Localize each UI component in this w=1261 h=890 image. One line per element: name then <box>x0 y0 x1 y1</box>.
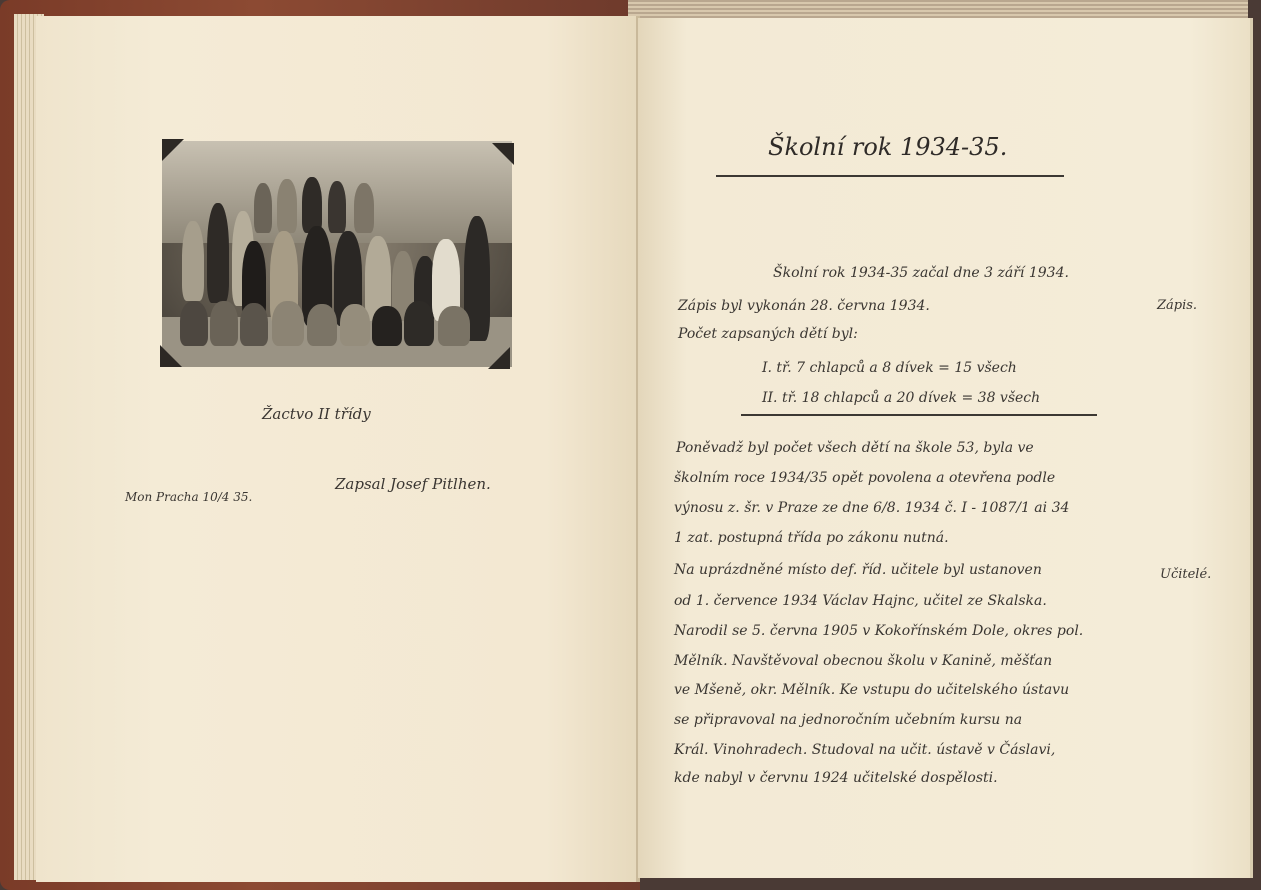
text-line: 1 zat. postupná třída po zákonu nutná. <box>674 530 949 546</box>
photo-corner-mount <box>488 347 510 369</box>
person <box>307 304 337 346</box>
photo-corner-mount <box>492 143 514 165</box>
class-photograph <box>162 141 512 367</box>
person <box>328 181 346 233</box>
text-line: Počet zapsaných dětí byl: <box>678 326 858 342</box>
title-underline <box>716 175 1064 177</box>
margin-note-ucitele: Učitelé. <box>1160 567 1211 582</box>
text-line: kde nabyl v červnu 1924 učitelské dospěl… <box>674 770 998 786</box>
text-line: od 1. července 1934 Václav Hajnc, učitel… <box>674 593 1047 609</box>
person <box>207 203 229 303</box>
person <box>302 177 322 233</box>
text-line: Poněvadž byl počet všech dětí na škole 5… <box>676 440 1034 456</box>
text-line: Školní rok 1934-35 začal dne 3 září 1934… <box>773 265 1069 281</box>
person <box>240 303 268 346</box>
text-line: Král. Vinohradech. Studoval na učit. úst… <box>674 742 1055 758</box>
text-line: Narodil se 5. června 1905 v Kokořínském … <box>674 623 1083 639</box>
enrollment-class-1: I. tř. 7 chlapců a 8 dívek = 15 všech <box>762 360 1017 376</box>
text-line: Mělník. Navštěvoval obecnou školu v Kani… <box>674 653 1052 669</box>
text-line: Na uprázdněné místo def. říd. učitele by… <box>674 562 1042 578</box>
text-line: ve Mšeně, okr. Mělník. Ke vstupu do učit… <box>674 682 1069 698</box>
photo-corner-mount <box>162 139 184 161</box>
page-title: Školní rok 1934-35. <box>768 133 1007 161</box>
person <box>404 301 434 346</box>
text-line: výnosu z. šr. v Praze ze dne 6/8. 1934 č… <box>674 500 1069 516</box>
enrollment-underline <box>741 414 1097 416</box>
photo-caption: Žactvo II třídy <box>262 405 371 423</box>
person <box>180 301 208 346</box>
margin-note-zapis: Zápis. <box>1157 298 1197 313</box>
person <box>254 183 272 233</box>
text-line: se připravoval na jednoročním učebním ku… <box>674 712 1022 728</box>
person <box>340 304 370 346</box>
person <box>438 306 470 346</box>
person <box>354 183 374 233</box>
text-line: školním roce 1934/35 opět povolena a ote… <box>674 470 1055 486</box>
person <box>372 306 402 346</box>
person <box>182 221 204 301</box>
signature-right: Zapsal Josef Pitlhen. <box>335 475 491 493</box>
signature-left: Mon Pracha 10/4 35. <box>125 490 252 504</box>
enrollment-class-2: II. tř. 18 chlapců a 20 dívek = 38 všech <box>762 390 1040 406</box>
page-edges-top <box>628 0 1248 18</box>
person <box>272 301 304 346</box>
text-line: Zápis byl vykonán 28. června 1934. <box>678 298 930 314</box>
photo-corner-mount <box>160 345 182 367</box>
person <box>210 301 238 346</box>
person <box>277 179 297 233</box>
